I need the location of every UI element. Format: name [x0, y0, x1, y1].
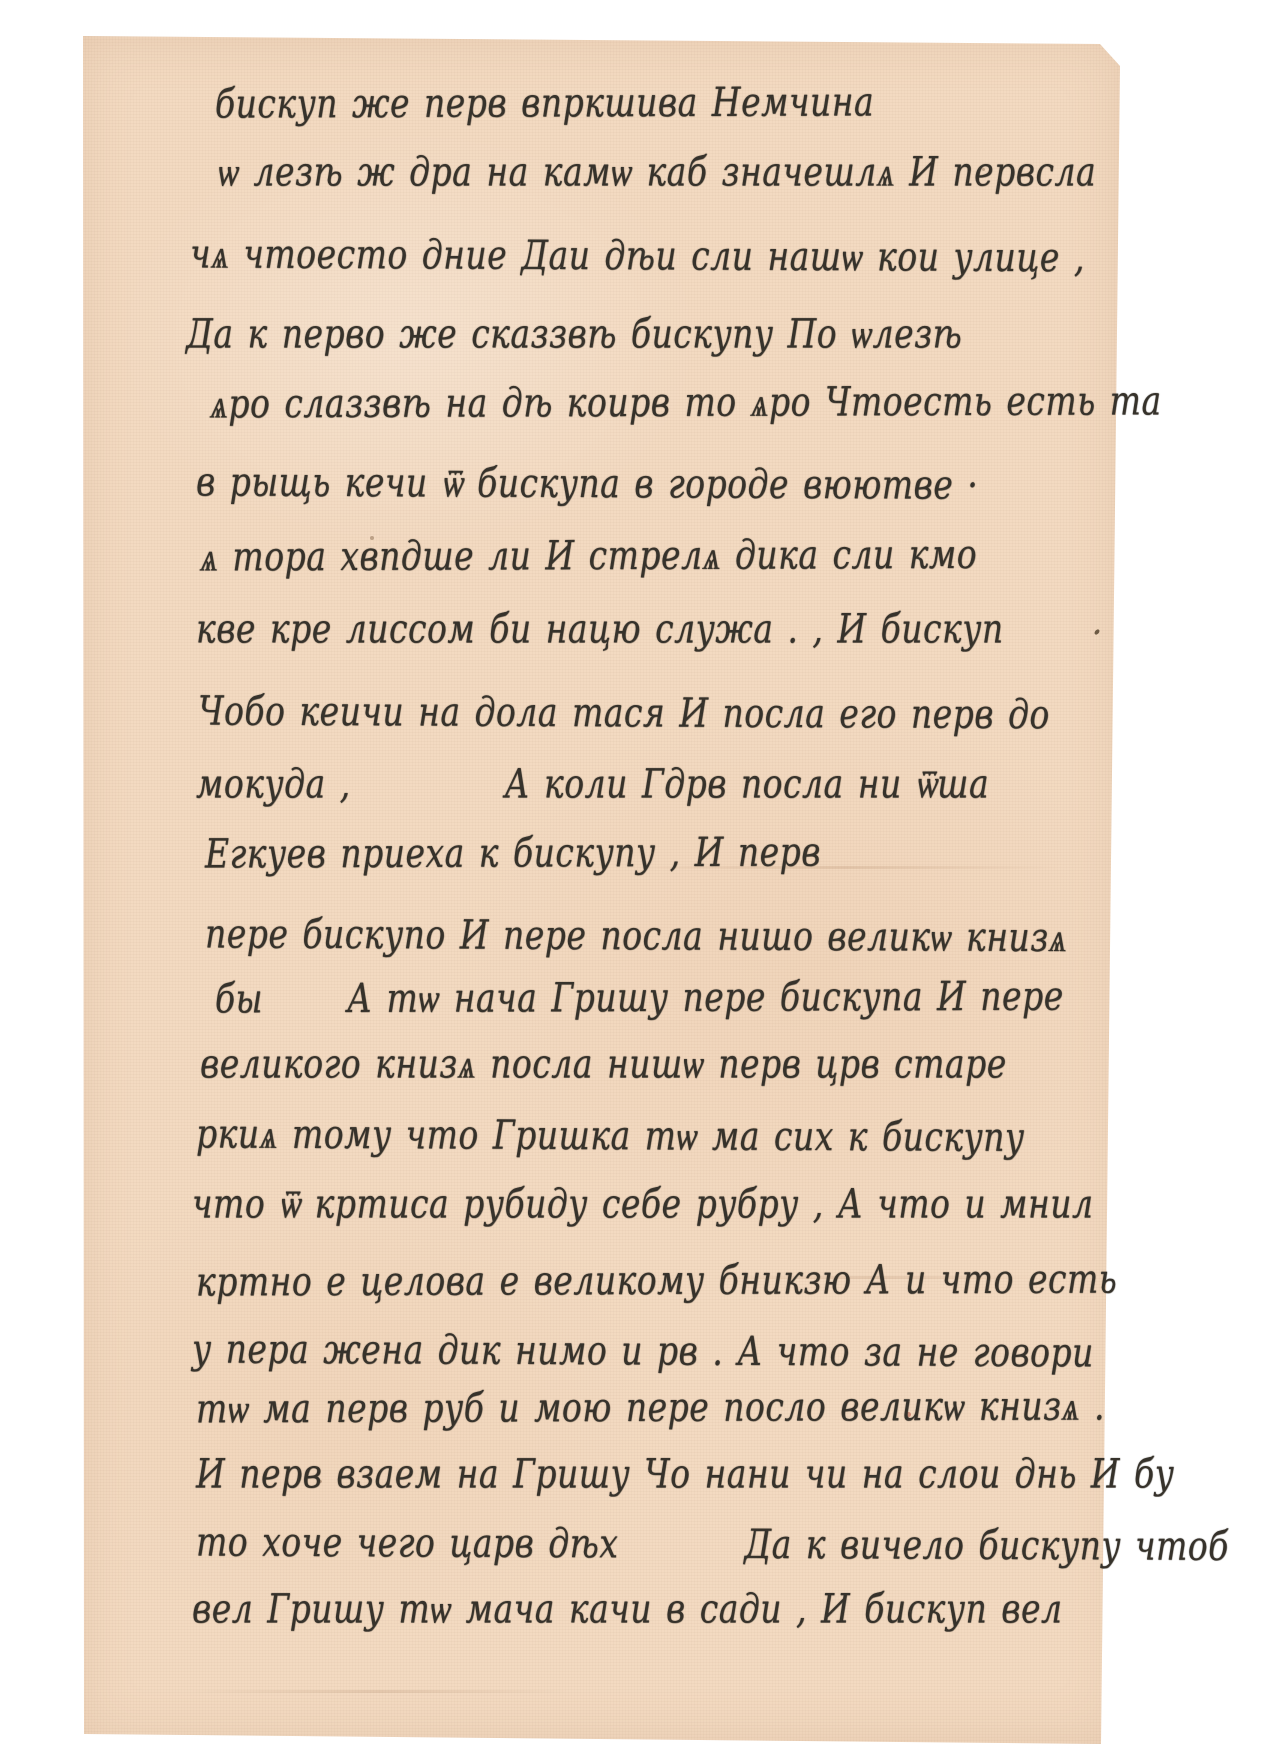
paper-crease: [190, 1690, 570, 1693]
paper-speck: [982, 168, 985, 171]
paper-speck: [906, 1412, 911, 1417]
paper-speck: [370, 536, 374, 540]
paper-speck: [1094, 628, 1101, 635]
paper-crease: [630, 866, 1060, 869]
manuscript-paper: [70, 28, 1130, 1750]
paper-speck: [318, 1480, 322, 1483]
paper-crease: [710, 1276, 1040, 1279]
